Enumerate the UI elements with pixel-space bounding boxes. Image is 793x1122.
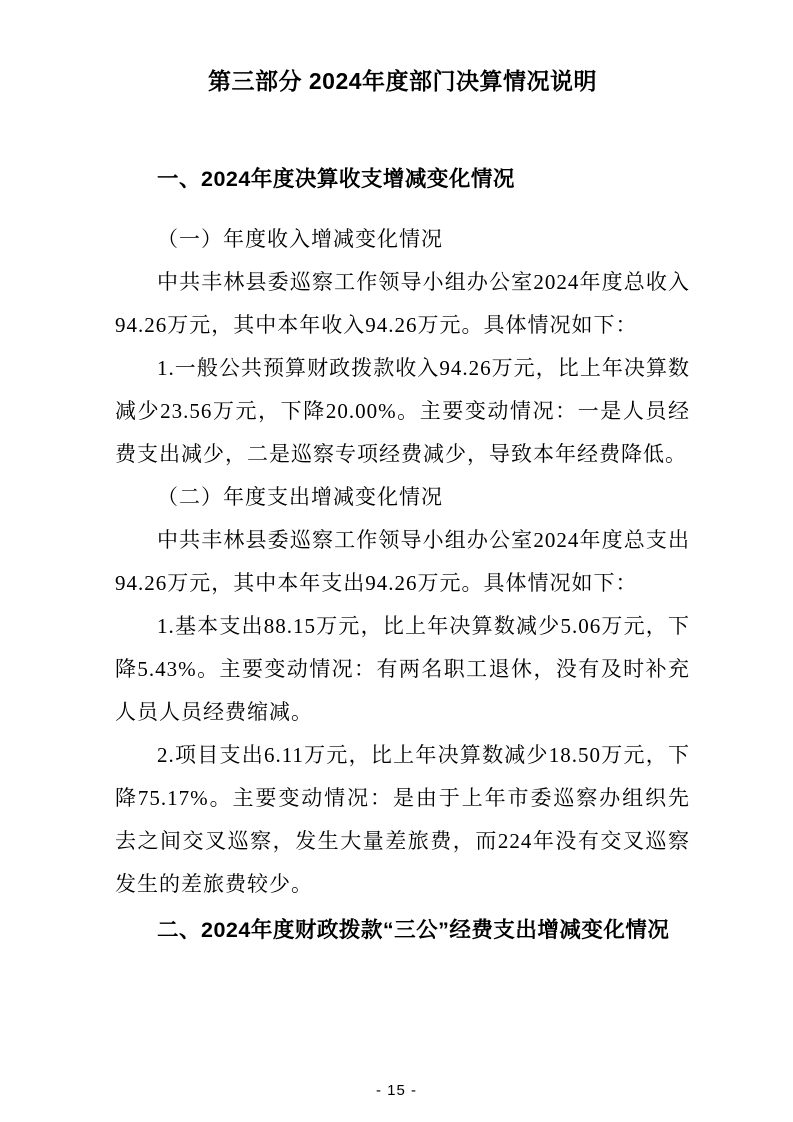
- section-2-heading: 二、2024年度财政拨款“三公”经费支出增减变化情况: [115, 915, 690, 945]
- page-number: - 15 -: [0, 1082, 793, 1099]
- section-1-heading: 一、2024年度决算收支增减变化情况: [115, 164, 690, 194]
- document-page: 第三部分 2024年度部门决算情况说明 一、2024年度决算收支增减变化情况 （…: [0, 0, 793, 1122]
- paragraph-income-total: 中共丰林县委巡察工作领导小组办公室2024年度总收入94.26万元，其中本年收入…: [115, 261, 690, 347]
- document-body: （一）年度收入增减变化情况 中共丰林县委巡察工作领导小组办公室2024年度总收入…: [115, 218, 690, 906]
- subsection-2-heading: （二）年度支出增减变化情况: [115, 476, 690, 519]
- paragraph-basic-expense: 1.基本支出88.15万元，比上年决算数减少5.06万元，下降5.43%。主要变…: [115, 605, 690, 734]
- paragraph-project-expense: 2.项目支出6.11万元，比上年决算数减少18.50万元，下降75.17%。主要…: [115, 734, 690, 906]
- subsection-1-heading: （一）年度收入增减变化情况: [115, 218, 690, 261]
- paragraph-expense-total: 中共丰林县委巡察工作领导小组办公室2024年度总支出94.26万元，其中本年支出…: [115, 519, 690, 605]
- paragraph-income-detail: 1.一般公共预算财政拨款收入94.26万元，比上年决算数减少23.56万元，下降…: [115, 347, 690, 476]
- document-title: 第三部分 2024年度部门决算情况说明: [115, 66, 690, 96]
